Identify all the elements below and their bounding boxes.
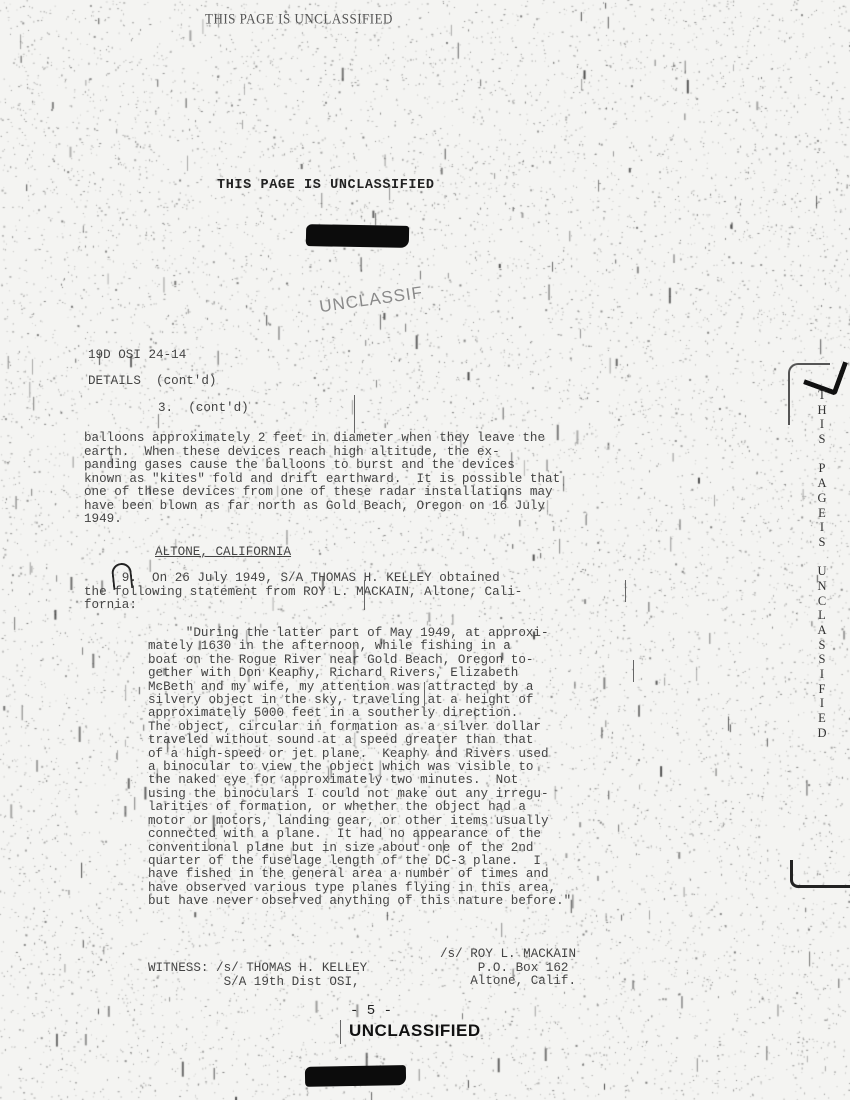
side-stamp-letter: S — [815, 652, 829, 667]
location-heading: ALTONE, CALIFORNIA — [155, 546, 291, 560]
side-stamp-letter: A — [815, 623, 829, 638]
paragraph-3-text: balloons approximately 2 feet in diamete… — [84, 432, 560, 527]
side-stamp-letter: I — [815, 696, 829, 711]
scan-streak — [364, 580, 365, 610]
paragraph-9-text: 9. On 26 July 1949, S/A THOMAS H. KELLEY… — [84, 572, 522, 613]
side-stamp-letter: H — [815, 403, 829, 418]
vertical-unclassified-stamp: THIS PAGEIS UNCLASSIFIED — [815, 388, 829, 741]
side-stamp-letter: I — [815, 667, 829, 682]
scan-streak — [424, 682, 425, 706]
side-bracket-bottom — [790, 860, 850, 888]
page-number: - 5 - — [350, 1003, 392, 1019]
side-stamp-letter: N — [815, 579, 829, 594]
side-stamp-letter: I — [815, 520, 829, 535]
file-number: 19D OSI 24-14 — [88, 349, 186, 363]
section-label: DETAILS (cont'd) — [88, 375, 216, 389]
scan-streak — [633, 660, 634, 682]
side-stamp-letter — [815, 550, 829, 565]
side-stamp-letter — [815, 447, 829, 462]
side-stamp-letter: G — [815, 491, 829, 506]
scan-streak — [340, 1020, 341, 1044]
classification-header: THIS PAGE IS UNCLASSIFIED — [217, 178, 435, 193]
redaction-bar-top — [306, 224, 409, 248]
side-stamp-letter: S — [815, 432, 829, 447]
side-stamp-letter: I — [815, 417, 829, 432]
scan-streak — [354, 395, 355, 433]
redaction-bar-bottom — [305, 1065, 406, 1087]
side-stamp-letter: T — [815, 388, 829, 403]
classification-header-faint: THIS PAGE IS UNCLASSIFIED — [205, 10, 393, 28]
side-stamp-letter: P — [815, 461, 829, 476]
side-stamp-letter: D — [815, 726, 829, 741]
scan-streak — [625, 580, 626, 602]
witness-statement: "During the latter part of May 1949, at … — [148, 627, 571, 909]
side-stamp-letter: L — [815, 608, 829, 623]
witness-block: WITNESS: /s/ THOMAS H. KELLEY S/A 19th D… — [148, 962, 367, 989]
scan-noise-background — [0, 0, 850, 1100]
signature-block: /s/ ROY L. MACKAIN P.O. Box 162 Altone, … — [440, 948, 576, 989]
side-stamp-letter: A — [815, 476, 829, 491]
side-stamp-letter: U — [815, 564, 829, 579]
side-stamp-letter: E — [815, 711, 829, 726]
side-stamp-letter: C — [815, 594, 829, 609]
unclassified-stamp-bottom: UNCLASSIFIED — [349, 1021, 481, 1041]
paragraph-continuation-label: 3. (cont'd) — [158, 402, 249, 416]
side-stamp-letter: E — [815, 506, 829, 521]
side-stamp-letter: F — [815, 682, 829, 697]
side-stamp-letter: S — [815, 638, 829, 653]
side-stamp-letter: S — [815, 535, 829, 550]
